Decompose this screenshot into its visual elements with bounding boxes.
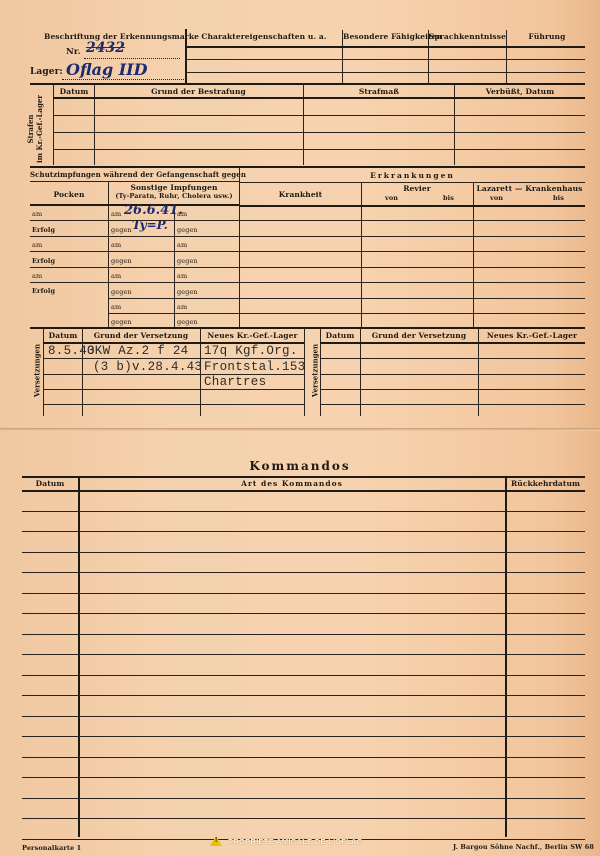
illnesses-title: Erkrankungen: [240, 171, 585, 180]
col-charakter: Charaktereigenschaften u. a.: [188, 32, 340, 41]
kommando-col-datum: Datum: [22, 479, 78, 488]
rule: [30, 83, 585, 85]
col-fuehrung: Führung: [507, 32, 587, 41]
rule: [320, 389, 585, 390]
warning-icon: !: [210, 836, 222, 846]
pocken-row-label: am: [32, 241, 42, 249]
lager-dotline: [62, 79, 184, 80]
punishments-side-label: Strafenim Kr.-Gef.-Lager: [26, 89, 44, 169]
other-row-left: am: [111, 241, 121, 249]
kommando-row-line: [22, 716, 585, 717]
kommando-row-line: [22, 572, 585, 573]
kommandos-title: Kommandos: [0, 459, 600, 473]
other-row-left: am: [111, 210, 121, 218]
other-row-right: am: [177, 210, 187, 218]
pocken-row-label: Erfolg: [32, 287, 55, 295]
transfer-lager-line3: Chartres: [204, 375, 266, 389]
transfer-col-grund: Grund der Versetzung: [83, 331, 199, 340]
rule: [53, 132, 585, 133]
transfer-lager-line1: 17q Kgf.Org.: [204, 344, 298, 358]
divider: [174, 205, 175, 327]
rule: [30, 220, 108, 221]
rule: [43, 389, 304, 390]
paper-fold: [0, 428, 600, 431]
kommando-row-line: [22, 818, 585, 819]
form-name: Personalkarte 1: [22, 844, 81, 852]
pocken-row-label: Erfolg: [32, 257, 55, 265]
rule: [240, 313, 585, 314]
transfers-side-label-right: Versetzungen: [311, 331, 320, 411]
rule: [240, 182, 585, 183]
rule: [30, 181, 239, 182]
rule: [30, 282, 108, 283]
kommando-row-line: [22, 695, 585, 696]
nr-label: Nr.: [66, 47, 81, 57]
other-row-left: am: [111, 303, 121, 311]
pocken-row-label: Erfolg: [32, 226, 55, 234]
transfer-col-datum: Datum: [44, 331, 82, 340]
other-row-right: gegen: [177, 318, 198, 326]
kommando-row-line: [22, 511, 585, 512]
watermark-text: PROPRIÉTÉ AMICALE DE L'OFLAG: [228, 837, 363, 846]
rule: [30, 166, 585, 168]
kommando-row-line: [22, 798, 585, 799]
rule: [240, 251, 585, 252]
other-row-right: gegen: [177, 257, 198, 265]
divider: [361, 182, 362, 327]
kommando-row-line: [22, 654, 585, 655]
other-row-right: am: [177, 303, 187, 311]
other-row-right: am: [177, 272, 187, 280]
rule: [109, 251, 239, 252]
rule: [185, 46, 585, 48]
rule: [240, 267, 585, 268]
kommando-row-line: [22, 613, 585, 614]
rule: [22, 476, 585, 478]
rule: [240, 282, 585, 283]
col-datum: Datum: [54, 87, 94, 96]
header-divider: [185, 29, 187, 83]
col-faehigkeiten: Besondere Fähigkeiten: [343, 32, 427, 41]
col-sonstige: Sonstige Impfungen: [109, 183, 239, 192]
rule: [109, 282, 239, 283]
col-verbuesst: Verbüßt, Datum: [455, 87, 585, 96]
rule: [109, 298, 239, 299]
rule: [109, 220, 239, 221]
rule: [30, 267, 108, 268]
rule: [186, 59, 585, 60]
kommando-row-line: [22, 552, 585, 553]
lazarett-bis: bis: [553, 194, 564, 202]
transfer-grund-line2: (3 b)v.28.4.43: [93, 360, 202, 374]
divider: [473, 182, 474, 327]
rule: [22, 490, 585, 492]
col-sprachen: Sprachkenntnisse: [429, 32, 505, 41]
col-krankheit: Krankheit: [240, 190, 361, 199]
kommando-col-rueckkehr: Rückkehrdatum: [506, 479, 585, 488]
other-row-left: gegen: [111, 226, 132, 234]
col-lazarett: Lazarett — Krankenhaus: [474, 184, 585, 193]
col-pocken: Pocken: [30, 190, 108, 199]
rule: [240, 205, 585, 207]
kommando-row-line: [22, 634, 585, 635]
other-row-right: gegen: [177, 288, 198, 296]
kommando-row-line: [22, 736, 585, 737]
lager-value: Oflag IID: [66, 60, 148, 79]
other-row-left: gegen: [111, 257, 132, 265]
revier-bis: bis: [443, 194, 454, 202]
rule: [30, 251, 108, 252]
nr-value: 2432: [86, 40, 125, 56]
transfer-col-lager-right: Neues Kr.-Gef.-Lager: [479, 331, 585, 340]
col-revier: Revier: [362, 184, 472, 193]
transfer-col-grund-right: Grund der Versetzung: [361, 331, 477, 340]
rule: [30, 236, 108, 237]
vaccinations-title: Schutzimpfungen während der Gefangenscha…: [30, 170, 238, 179]
rule: [320, 358, 585, 359]
other-row-left: am: [111, 272, 121, 280]
rule: [240, 236, 585, 237]
transfers-side-label: Versetzungen: [33, 331, 42, 411]
rule: [186, 72, 585, 73]
rule: [240, 298, 585, 299]
other-row-left: gegen: [111, 288, 132, 296]
transfer-grund-line1: OKW Az.2 f 24: [87, 344, 188, 358]
rule: [43, 358, 304, 359]
transfer-col-datum-right: Datum: [321, 331, 359, 340]
rule: [43, 404, 304, 405]
printer-imprint: J. Bargou Söhne Nachf., Berlin SW 68: [453, 843, 594, 851]
rule: [30, 327, 585, 329]
lazarett-von: von: [490, 194, 503, 202]
kommando-row-line: [22, 531, 585, 532]
divider: [108, 181, 109, 327]
other-row-left: gegen: [111, 318, 132, 326]
rule: [240, 220, 585, 221]
pocken-row-label: am: [32, 272, 42, 280]
kommando-row-line: [22, 757, 585, 758]
kommando-row-line: [22, 675, 585, 676]
transfer-lager-line2: Frontstal.153: [204, 360, 305, 374]
rule: [53, 115, 585, 116]
rule: [53, 97, 585, 99]
transfer-col-lager: Neues Kr.-Gef.-Lager: [201, 331, 304, 340]
kommando-row-line: [22, 777, 585, 778]
col-sonstige-sub: (Ty-Paratn, Ruhr, Cholera usw.): [109, 192, 239, 200]
rule: [320, 342, 585, 344]
nr-dotline: [84, 58, 180, 59]
other-row-value: 26.6.41.: [124, 203, 183, 218]
pocken-row-label: am: [32, 210, 42, 218]
rule: [109, 313, 239, 314]
rule: [109, 267, 239, 268]
revier-von: von: [385, 194, 398, 202]
rule: [320, 404, 585, 405]
col-grund-bestrafung: Grund der Bestrafung: [95, 87, 302, 96]
kommando-col-art: Art des Kommandos: [79, 479, 505, 488]
kommando-row-line: [22, 593, 585, 594]
col-strafmass: Strafmaß: [304, 87, 454, 96]
rule: [53, 149, 585, 150]
lager-label: Lager:: [30, 67, 63, 77]
rule: [320, 374, 585, 375]
other-row-right: gegen: [177, 226, 198, 234]
rule: [109, 236, 239, 237]
other-row-right: am: [177, 241, 187, 249]
